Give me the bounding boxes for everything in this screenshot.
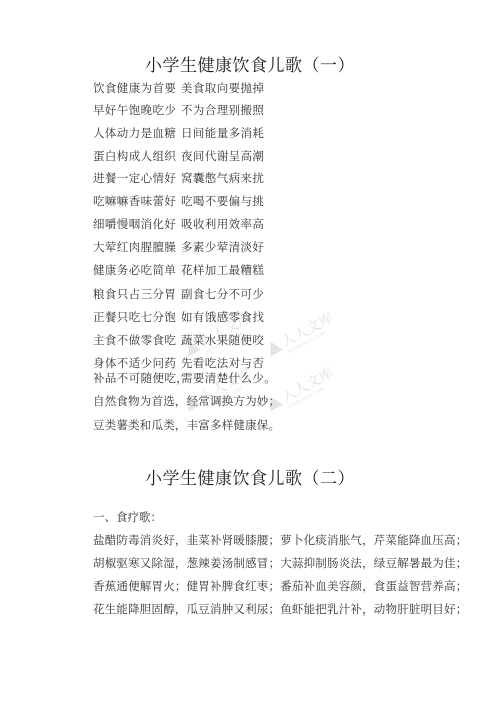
poem-line-right: 不为合理别搬照 [181,102,264,118]
poem-line-left: 身体不适少问药 [93,355,176,371]
poem-line-left: 早好午饱晚吃少 [93,102,176,118]
poem-line-left: 补品不可随便吃， [93,370,188,386]
poem-line-left: 进餐一定心情好 [93,170,176,186]
poem-line-left: 细嚼慢咽消化好 [93,216,176,232]
poem-line-right: 美食取向要抛掉 [181,80,264,96]
poem-line-left: 饮食健康为首要 [93,80,176,96]
poem-line-left: 大荤红肉腥膻臊 [93,239,176,255]
section2-title: 小学生健康饮食儿歌（二） [0,464,500,489]
poem-line-left: 粮食只占三分胃 [93,286,176,302]
poem-line-left: 人体动力是血糖 [93,125,176,141]
poem-line-left: 主食不做零食吃 [93,332,176,348]
section2-subheading: 一、食疗歌： [93,509,162,525]
section1-title: 小学生健康饮食儿歌（一） [0,51,500,76]
poem-line-right: 蔬菜水果随便咬 [181,332,264,348]
verse-line: 香蕉通便解胃火；健胃补脾食红枣；番茄补血美容颜，食蛋益智营养高； [93,578,467,594]
watermark: 人人文库 RENRENDOC.COM [262,307,337,362]
verse-line: 胡椒驱寒又除湿，葱辣姜汤制感冒；大蒜抑制肠炎法，绿豆解暑最为佳； [93,555,467,571]
closing-line: 豆类薯类和瓜类，丰富多样健康保。 [93,417,280,433]
verse-line: 花生能降胆固醇，瓜豆消肿又利尿；鱼虾能把乳汁补，动物肝脏明目好； [93,601,467,617]
poem-line-right: 花样加工最糟糕 [181,262,264,278]
poem-line-left: 健康务必吃简单 [93,262,176,278]
watermark-logo-icon [264,338,282,356]
poem-line-right: 需要清楚什么少。 [181,370,276,386]
poem-line-right: 吃喝不要偏与挑 [181,193,264,209]
poem-line-right: 副食七分不可少 [181,286,264,302]
poem-line-right: 先看吃法对与否 [181,355,264,371]
poem-line-right: 窝囊憋气病来扰 [181,170,264,186]
poem-line-left: 蛋白构成人组织 [93,148,176,164]
poem-line-right: 如有饿感零食找 [181,309,264,325]
poem-line-right: 多素少荤清淡好 [181,239,264,255]
poem-line-right: 日间能量多消耗 [181,125,264,141]
poem-line-right: 吸收利用效率高 [181,216,264,232]
poem-line-right: 夜间代谢呈高潮 [181,148,264,164]
poem-line-left: 正餐只吃七分饱 [93,309,176,325]
verse-line: 盐醋防毒消炎好，韭菜补肾暖膝腰；萝卜化痰消胀气，芹菜能降血压高； [93,532,467,548]
document-page: 小学生健康饮食儿歌（一） 饮食健康为首要美食取向要抛掉 早好午饱晚吃少不为合理别… [0,0,500,707]
closing-line: 自然食物为首选，经常调换方为妙； [93,393,280,409]
poem-line-left: 吃嘛嘛香味蕾好 [93,193,176,209]
